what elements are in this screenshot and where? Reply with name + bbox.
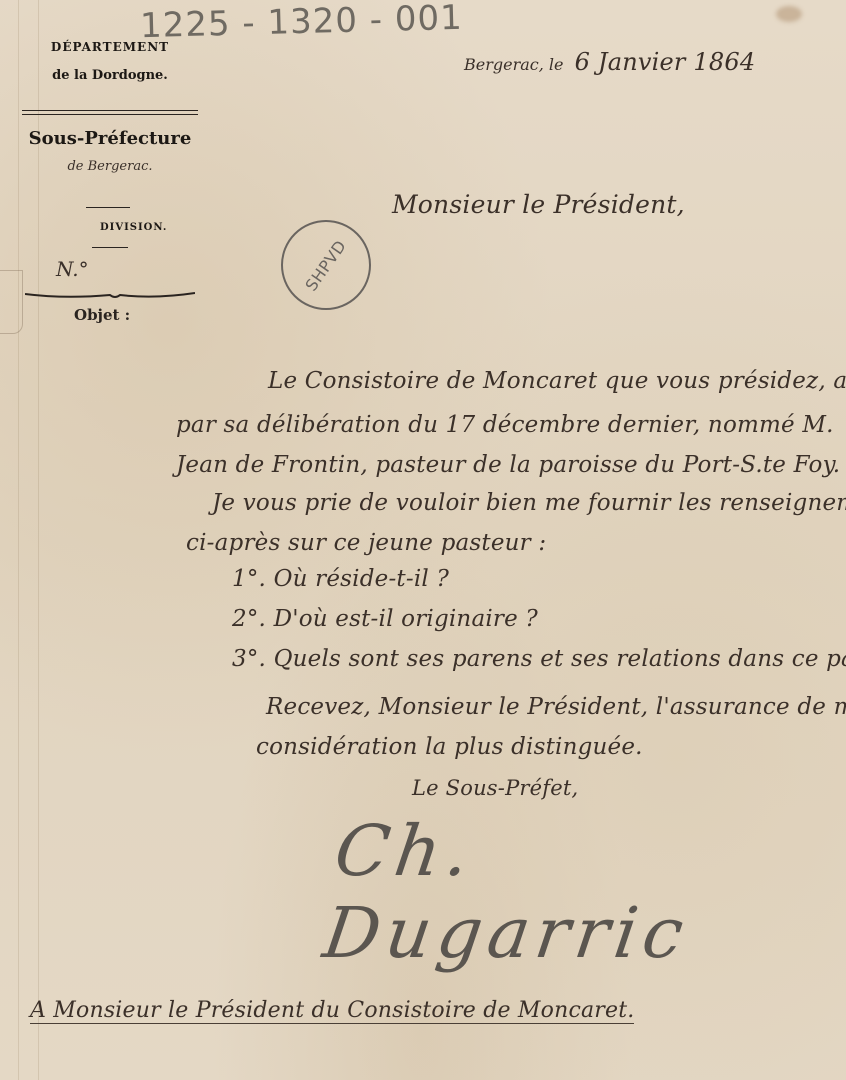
divider xyxy=(86,207,130,208)
stamp-text: SHPVD xyxy=(302,236,351,294)
question-number: 2°. xyxy=(232,606,266,632)
department-label: DÉPARTEMENT xyxy=(20,40,200,54)
letterhead: DÉPARTEMENT de la Dordogne. xyxy=(20,40,200,83)
number-label: N.° xyxy=(56,257,89,281)
question-text: Quels sont ses parens et ses relations d… xyxy=(274,646,846,672)
office-title: Sous-Préfecture xyxy=(20,128,200,149)
office-location: de Bergerac. xyxy=(20,159,200,174)
body-line: Jean de Frontin, pasteur de la paroisse … xyxy=(176,452,840,478)
archive-stamp: SHPVD xyxy=(281,220,371,310)
question-text: Où réside-t-il ? xyxy=(274,566,449,592)
body-line: par sa délibération du 17 décembre derni… xyxy=(176,412,834,438)
question-item: 2°. D'où est-il originaire ? xyxy=(232,606,538,632)
department-name: de la Dordogne. xyxy=(20,68,200,83)
body-line: Le Consistoire de Moncaret que vous prés… xyxy=(268,368,846,394)
addressee-line: A Monsieur le Président du Consistoire d… xyxy=(30,998,634,1024)
paper-stain xyxy=(776,6,802,22)
subject-label: Objet : xyxy=(74,306,130,324)
paper-fold-line xyxy=(18,0,19,1080)
ornamental-brace xyxy=(25,286,195,294)
ornamental-rule xyxy=(22,110,198,115)
signature: Ch. Dugarric xyxy=(318,810,846,974)
question-text: D'où est-il originaire ? xyxy=(274,606,538,632)
signatory-title: Le Sous-Préfet, xyxy=(412,776,578,800)
dateline-place: Bergerac, le xyxy=(464,55,564,74)
paper-tear-mark xyxy=(0,270,23,334)
divider xyxy=(92,247,128,248)
closing-line: considération la plus distinguée. xyxy=(256,734,643,760)
question-number: 1°. xyxy=(232,566,266,592)
body-line: ci-après sur ce jeune pasteur : xyxy=(186,530,546,556)
question-item: 1°. Où réside-t-il ? xyxy=(232,566,449,592)
dateline: Bergerac, le 6 Janvier 1864 xyxy=(464,48,755,76)
office-block: Sous-Préfecture de Bergerac. xyxy=(20,128,200,174)
closing-line: Recevez, Monsieur le Président, l'assura… xyxy=(266,694,846,720)
dateline-date: 6 Janvier 1864 xyxy=(575,48,756,76)
division-label: DIVISION. xyxy=(100,222,167,233)
body-line: Je vous prie de vouloir bien me fournir … xyxy=(212,490,846,516)
question-number: 3°. xyxy=(232,646,266,672)
question-item: 3°. Quels sont ses parens et ses relatio… xyxy=(232,646,846,672)
salutation: Monsieur le Président, xyxy=(392,190,685,219)
